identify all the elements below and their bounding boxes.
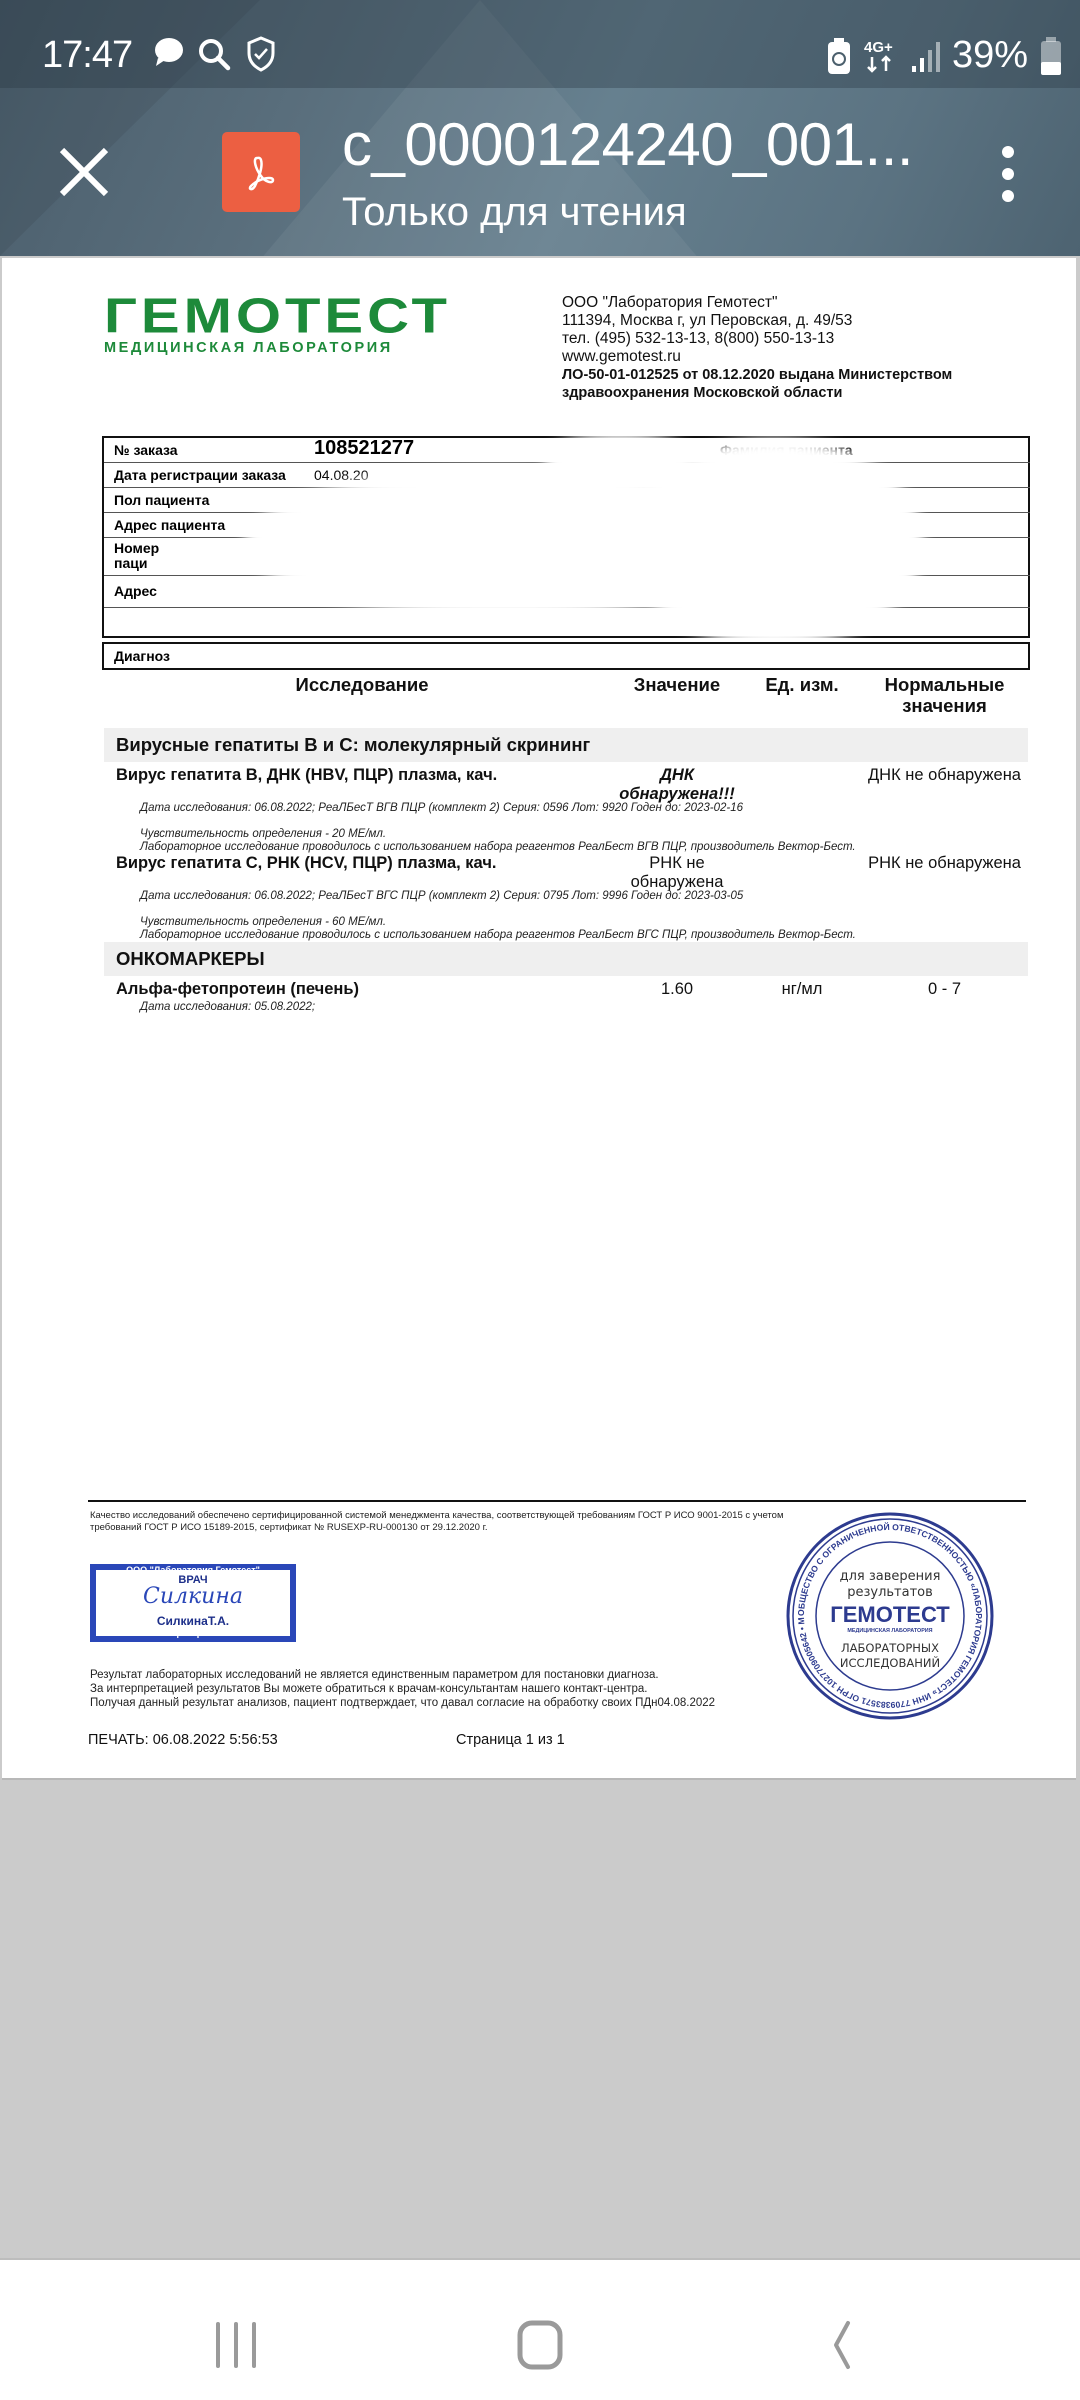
test-hcv-reagent: Лабораторное исследование проводилось с …	[140, 929, 856, 942]
status-bar: 17:47 4G+ 39%	[0, 0, 1080, 88]
diagnosis-row: Диагноз	[102, 642, 1030, 670]
test-hcv-sensitivity: Чувствительность определения - 60 МЕ/мл.	[140, 916, 386, 929]
svg-text:для заверения: для заверения	[840, 1569, 941, 1584]
col-header-test: Исследование	[162, 674, 562, 695]
search-icon	[196, 36, 232, 72]
org-details: ООО "Лаборатория Гемотест" 111394, Москв…	[562, 294, 952, 402]
test-hbv-sensitivity: Чувствительность определения - 20 МЕ/мл.	[140, 828, 386, 841]
footer-divider	[88, 1500, 1026, 1502]
page-number: Страница 1 из 1	[456, 1732, 565, 1748]
svg-text:МЕДИЦИНСКАЯ ЛАБОРАТОРИЯ: МЕДИЦИНСКАЯ ЛАБОРАТОРИЯ	[847, 1628, 932, 1634]
system-nav-bar	[0, 2258, 1080, 2400]
order-number-row: № заказа108521277	[104, 438, 614, 463]
section-hepatitis: Вирусные гепатиты В и С: молекулярный ск…	[104, 728, 1028, 762]
top-bar: 17:47 4G+ 39%	[0, 0, 1080, 256]
col-header-unit: Ед. изм.	[742, 674, 862, 695]
test-hcv-name: Вирус гепатита С, РНК (HCV, ПЦР) плазма,…	[116, 854, 496, 873]
signal-icon	[910, 38, 940, 74]
test-afp-unit: нг/мл	[742, 980, 862, 999]
quality-certificate: Качество исследований обеспечено сертифи…	[90, 1510, 790, 1534]
app-bar: c_0000124240_001... Только для чтения	[0, 88, 1080, 256]
test-hbv-name: Вирус гепатита В, ДНК (HBV, ПЦР) плазма,…	[116, 766, 497, 785]
test-afp-name: Альфа-фетопротеин (печень)	[116, 980, 359, 999]
test-hbv-value: ДНКобнаружена!!!	[602, 766, 752, 804]
doctor-stamp: ООО "Лаборатория Гемотест" ВРАЧ Силкина …	[90, 1564, 296, 1642]
test-hbv-note: Дата исследования: 06.08.2022; РеаЛБесТ …	[140, 802, 743, 815]
message-icon	[152, 36, 186, 68]
home-icon[interactable]	[510, 2320, 570, 2370]
signature: Силкина	[96, 1584, 290, 1609]
test-afp-value: 1.60	[602, 980, 752, 999]
patient-info-table: № заказа108521277 Дата регистрации заказ…	[102, 436, 1030, 638]
disclaimer: Результат лабораторных исследований не я…	[90, 1668, 715, 1710]
test-afp-note: Дата исследования: 05.08.2022;	[140, 1001, 315, 1014]
svg-text:ГЕМОТЕСТ: ГЕМОТЕСТ	[830, 1602, 950, 1627]
svg-text:ИССЛЕДОВАНИЙ: ИССЛЕДОВАНИЙ	[840, 1655, 940, 1670]
svg-text:ЛАБОРАТОРНЫХ: ЛАБОРАТОРНЫХ	[841, 1641, 939, 1655]
pdf-viewer-screen: 17:47 4G+ 39%	[0, 0, 1080, 2400]
network-4g-icon: 4G+	[864, 37, 898, 75]
redaction	[624, 438, 924, 648]
battery-icon	[1040, 36, 1062, 76]
svg-text:4G+: 4G+	[864, 39, 893, 56]
order-number: 108521277	[314, 436, 414, 460]
shield-check-icon	[246, 36, 276, 72]
gemotest-logo: ГЕМОТЕСТ МЕДИЦИНСКАЯ ЛАБОРАТОРИЯ	[104, 294, 484, 356]
test-hcv-norm: РНК не обнаружена	[862, 854, 1027, 873]
test-hcv-value: РНК необнаружена	[602, 854, 752, 892]
pdf-icon	[222, 132, 300, 212]
test-afp-norm: 0 - 7	[862, 980, 1027, 999]
test-hcv-note: Дата исследования: 06.08.2022; РеаЛБесТ …	[140, 890, 743, 903]
battery-saver-icon	[826, 37, 852, 75]
print-timestamp: ПЕЧАТЬ: 06.08.2022 5:56:53	[88, 1732, 278, 1748]
test-hbv-reagent: Лабораторное исследование проводилось с …	[140, 841, 856, 854]
file-name: c_0000124240_001...	[342, 110, 913, 179]
more-vert-icon[interactable]	[990, 144, 1026, 204]
status-time: 17:47	[42, 34, 132, 77]
col-header-value: Значение	[602, 674, 752, 695]
close-icon[interactable]	[52, 140, 116, 204]
lab-round-stamp: ОБЩЕСТВО С ОГРАНИЧЕННОЙ ОТВЕТСТВЕННОСТЬЮ…	[784, 1510, 996, 1722]
read-only-label: Только для чтения	[342, 190, 687, 235]
section-oncomarkers: ОНКОМАРКЕРЫ	[104, 942, 1028, 976]
test-hbv-norm: ДНК не обнаружена	[862, 766, 1027, 785]
svg-text:результатов: результатов	[847, 1585, 933, 1600]
battery-percent: 39%	[952, 34, 1028, 77]
back-icon[interactable]	[810, 2320, 870, 2370]
col-header-norm: Нормальныезначения	[862, 674, 1027, 716]
recents-icon[interactable]	[206, 2320, 266, 2370]
pdf-page[interactable]: ГЕМОТЕСТ МЕДИЦИНСКАЯ ЛАБОРАТОРИЯ ООО "Ла…	[2, 258, 1076, 1780]
